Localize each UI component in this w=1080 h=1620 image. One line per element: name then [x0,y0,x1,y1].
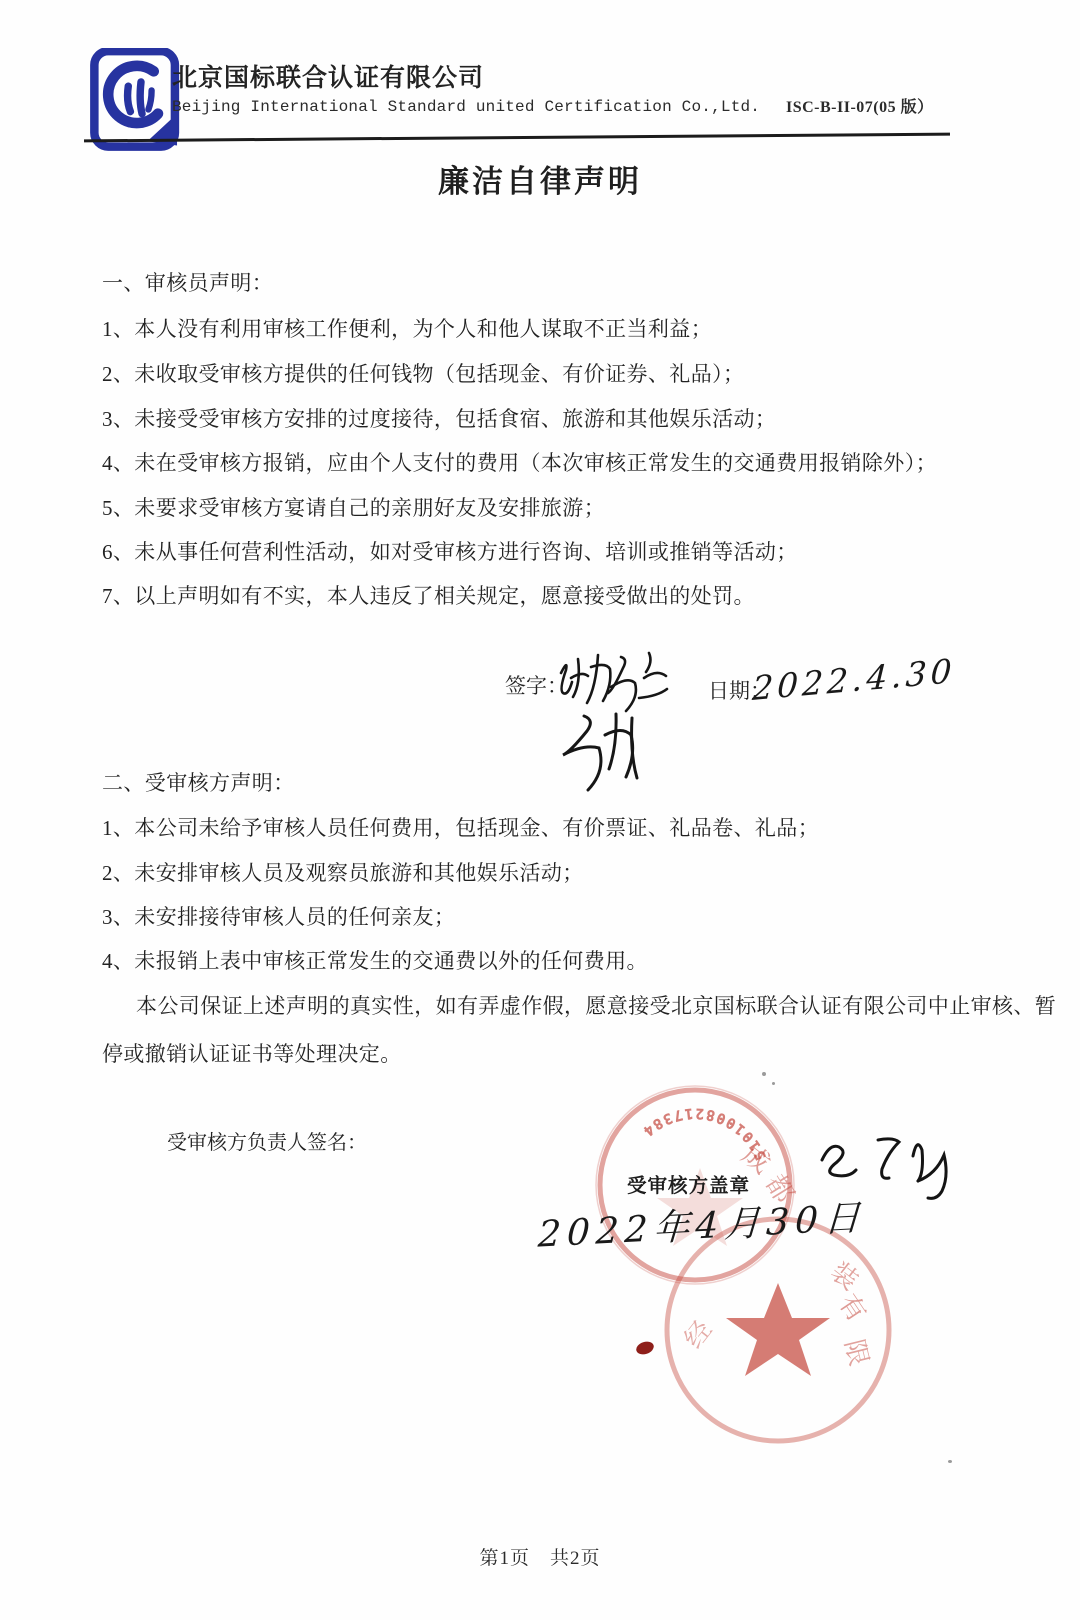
document-code: ISC-B-II-07(05 版） [786,94,934,117]
svg-text:有: 有 [833,1289,872,1327]
declaration-item: 5、未要求受审核方宴请自己的亲朋好友及安排旅游； [102,495,982,521]
handwritten-signature-responsible [810,1130,955,1200]
scan-speck [948,1460,952,1463]
svg-text:限: 限 [839,1336,873,1368]
company-seal-icon: 5101008217384 成 都 装 有 限 经 [545,1040,975,1470]
handwritten-date-auditor: 2022.4.30 [751,651,956,708]
company-name-en: Beijing International Standard united Ce… [172,98,760,116]
declaration-item: 3、未接受受审核方安排的过度接待，包括食宿、旅游和其他娱乐活动； [102,406,982,432]
declaration-item: 2、未安排审核人员及观察员旅游和其他娱乐活动； [102,860,982,886]
declaration-item: 1、本公司未给予审核人员任何费用，包括现金、有价票证、礼品卷、礼品； [102,815,982,841]
header-divider [84,133,950,142]
declaration-item: 2、未收取受审核方提供的任何钱物（包括现金、有价证券、礼品）； [102,361,982,387]
page-title: 廉洁自律声明 [0,156,1080,201]
declaration-item: 6、未从事任何营利性活动，如对受审核方进行咨询、培训或推销等活动； [102,539,982,565]
section2-heading: 二、受审核方声明： [102,770,982,796]
declaration-item: 4、未报销上表中审核正常发生的交通费以外的任何费用。 [102,948,982,974]
scan-speck [762,1072,766,1076]
declaration-item: 3、未安排接待审核人员的任何亲友； [102,904,982,930]
stamp-label: 受审核方盖章 [627,1170,750,1198]
guarantee-paragraph-line1: 本公司保证上述声明的真实性，如有弄虚作假，愿意接受北京国标联合认证有限公司中止审… [136,993,1016,1019]
scan-speck [772,1082,775,1085]
declaration-item: 4、未在受审核方报销，应由个人支付的费用（本次审核正常发生的交通费用报销除外）； [102,450,982,476]
company-name-cn: 北京国标联合认证有限公司 [172,58,484,94]
scanned-declaration-page: 北京国标联合认证有限公司 Beijing International Stand… [0,0,1080,1620]
responsible-sign-label: 受审核方负责人签名： [167,1126,367,1155]
declaration-item: 7、以上声明如有不实，本人违反了相关规定，愿意接受做出的处罚。 [102,583,982,609]
section1-heading: 一、审核员声明： [102,270,982,296]
page-number: 第1页 共2页 [0,1543,1080,1570]
svg-text:经: 经 [679,1315,718,1353]
declaration-item: 1、本人没有利用审核工作便利，为个人和他人谋取不正当利益； [102,316,982,342]
